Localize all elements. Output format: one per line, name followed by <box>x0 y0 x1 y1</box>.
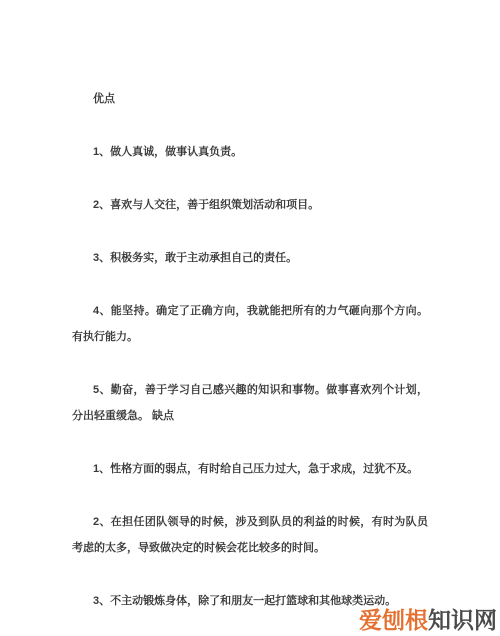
disadvantage-item-2: 2、在担任团队领导的时候，涉及到队员的利益的时候，有时为队员考虑的太多，导致做决… <box>72 509 428 561</box>
disadvantage-item-1: 1、性格方面的弱点，有时给自己压力过大，急于求成，过犹不及。 <box>72 456 428 482</box>
advantage-item-1: 1、做人真诚，做事认真负责。 <box>72 139 428 165</box>
advantage-item-2: 2、喜欢与人交往，善于组织策划活动和项目。 <box>72 192 428 218</box>
watermark-suffix-text: 知识网 <box>428 607 497 633</box>
watermark-brand-text: 爱刨根 <box>359 607 428 633</box>
advantage-item-5-with-disadvantages-heading: 5、勤奋，善于学习自己感兴趣的知识和事物。做事喜欢列个计划，分出轻重缓急。 缺点 <box>72 377 428 429</box>
advantage-item-4: 4、能坚持。确定了正确方向，我就能把所有的力气砸向那个方向。有执行能力。 <box>72 298 428 350</box>
advantage-item-3: 3、积极务实，敢于主动承担自己的责任。 <box>72 245 428 271</box>
section-heading-advantages: 优点 <box>72 86 428 112</box>
article-body: 优点 1、做人真诚，做事认真负责。 2、喜欢与人交往，善于组织策划活动和项目。 … <box>72 86 428 636</box>
document-page: 优点 1、做人真诚，做事认真负责。 2、喜欢与人交往，善于组织策划活动和项目。 … <box>0 0 500 636</box>
site-watermark: 爱刨根知识网 <box>359 609 497 632</box>
